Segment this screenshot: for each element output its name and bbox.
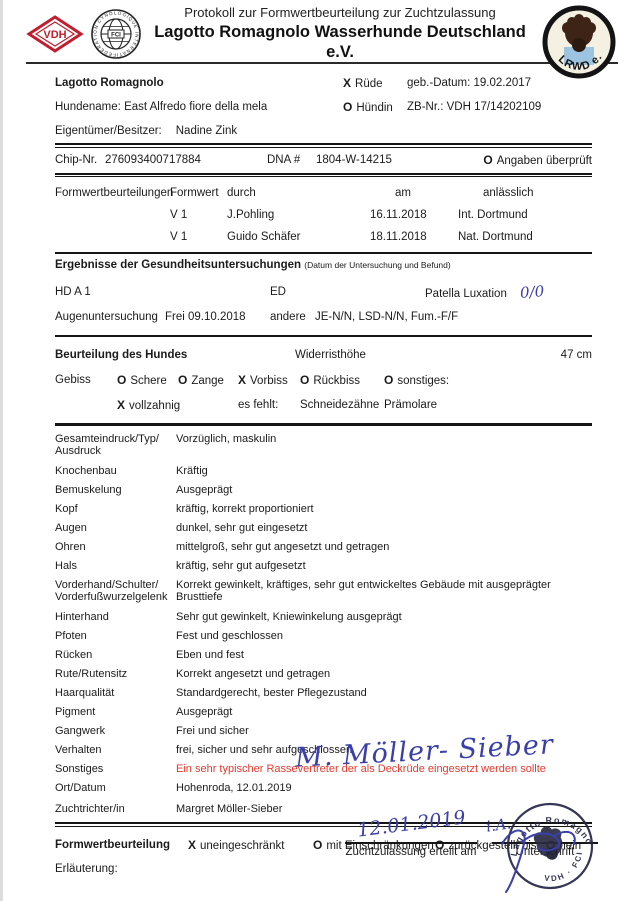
bite-option-zange: OZange xyxy=(178,373,238,387)
attr-row: RückenEben und fest xyxy=(55,649,592,661)
owner-row: Eigentümer/Besitzer: Nadine Zink xyxy=(55,119,592,143)
dna-value: 1804-W-14215 xyxy=(316,154,456,166)
health-row: HD A 1 ED Patella Luxation 0/0 xyxy=(55,279,592,305)
dog-info-section: Lagotto Romagnolo XRüde geb.-Datum: 19.0… xyxy=(55,64,592,143)
sex-male-checkbox: X xyxy=(343,76,351,90)
health-row: Augenuntersuchung Frei 09.10.2018 andere… xyxy=(55,305,592,329)
checkbox: O xyxy=(178,373,187,387)
patella-handwritten-value: 0/0 xyxy=(519,282,544,302)
sex-male-label: Rüde xyxy=(355,78,383,90)
chip-label: Chip-Nr. xyxy=(55,154,105,166)
option-label: Vorbiss xyxy=(250,375,288,387)
birth-value: 19.02.2017 xyxy=(473,77,531,89)
attr-value: kräftig, korrekt proportioniert xyxy=(176,503,592,515)
attr-label: Gangwerk xyxy=(55,725,176,737)
bite-label: Gebiss xyxy=(55,374,117,386)
col-header: am xyxy=(370,187,458,199)
bite-row: Gebiss OSchere OZange XVorbiss ORückbiss… xyxy=(55,367,592,392)
sex-female-checkbox: O xyxy=(343,100,352,114)
teeth-full-option: Xvollzahnig xyxy=(117,398,238,412)
chip-value: 276093400717884 xyxy=(105,154,267,166)
other-tests-label: andere xyxy=(270,311,315,323)
attr-value: Kräftig xyxy=(176,465,592,477)
missing-teeth-label: es fehlt: xyxy=(238,399,300,411)
checkbox: O xyxy=(313,838,322,852)
name-row: Hundename: East Alfredo fiore della mela… xyxy=(55,95,592,119)
checkbox: X xyxy=(117,398,125,412)
birth-label: geb.-Datum: xyxy=(407,77,470,89)
sex-male-option: XRüde xyxy=(343,76,407,90)
attr-label: Gesamteindruck/Typ/ Ausdruck xyxy=(55,433,176,457)
breed-name: Lagotto Romagnolo xyxy=(55,77,343,89)
ratings-header-row: Formwertbeurteilungen Formwert durch am … xyxy=(55,182,592,204)
attr-label: Pigment xyxy=(55,706,176,718)
zb-value: VDH 17/14202109 xyxy=(447,101,542,113)
rating-date: 18.11.2018 xyxy=(370,231,458,243)
dog-name-label: Hundename: xyxy=(55,101,121,113)
svg-text:FCI: FCI xyxy=(111,33,121,39)
eye-exam-value: Frei 09.10.2018 xyxy=(165,311,270,323)
breed-row: Lagotto Romagnolo XRüde geb.-Datum: 19.0… xyxy=(55,71,592,95)
granted-date-label: Zuchtzulassung erteilt am xyxy=(345,846,477,858)
attr-label: Augen xyxy=(55,522,176,534)
sex-female-option: OHündin xyxy=(343,100,407,114)
checkbox: O xyxy=(300,373,309,387)
checkbox: X xyxy=(238,373,246,387)
verified-option: OAngaben überprüft xyxy=(456,153,592,167)
attr-row: HaarqualitätStandardgerecht, bester Pfle… xyxy=(55,687,592,699)
attr-row: Ohrenmittelgroß, sehr gut angesetzt und … xyxy=(55,541,592,553)
header: VDH FEDERATION CYNOLOGIQUE INTERNATIONAL… xyxy=(26,0,618,64)
lrwd-club-logo-icon: LRWD e.V. xyxy=(542,5,616,79)
assessment-section: Beurteilung des Hundes Widerristhöhe 47 … xyxy=(55,337,592,423)
attr-label: Hals xyxy=(55,560,176,572)
rating-row: V 1 J.Pohling 16.11.2018 Int. Dortmund xyxy=(55,204,592,226)
granted-date-block: 12.01.2019 Zuchtzulassung erteilt am xyxy=(345,810,477,858)
option-label: uneingeschränkt xyxy=(200,840,284,852)
rating-event: Nat. Dortmund xyxy=(458,231,592,243)
attr-value: Eben und fest xyxy=(176,649,592,661)
zb-label: ZB-Nr.: xyxy=(407,101,443,113)
attr-value: dunkel, sehr gut eingesetzt xyxy=(176,522,592,534)
eye-exam-label: Augenuntersuchung xyxy=(55,311,165,323)
owner-label: Eigentümer/Besitzer: xyxy=(55,125,162,137)
option-label: Rückbiss xyxy=(313,375,360,387)
missing-premolars-label: Prämolare xyxy=(384,399,592,411)
withers-value: 47 cm xyxy=(561,349,592,361)
attr-value: Korrekt angesetzt und getragen xyxy=(176,668,592,680)
granted-date-handwritten: 12.01.2019 xyxy=(356,806,467,841)
attr-value: Standardgerecht, bester Pflegezustand xyxy=(176,687,592,699)
attr-label: Ort/Datum xyxy=(55,782,176,794)
patella-label: Patella Luxation xyxy=(425,288,507,300)
option-label: vollzahnig xyxy=(129,400,180,412)
studbook-number: ZB-Nr.: VDH 17/14202109 xyxy=(407,101,592,113)
verified-label: Angaben überprüft xyxy=(497,155,592,167)
attr-label: Verhalten xyxy=(55,744,176,756)
attr-label: Sonstiges xyxy=(55,763,176,775)
col-header: anlässlich xyxy=(458,187,592,199)
attr-value: Fest und geschlossen xyxy=(176,630,592,642)
ed-label: ED xyxy=(270,286,425,298)
rating-date: 16.11.2018 xyxy=(370,209,458,221)
bite-option-sonstiges: Osonstiges: xyxy=(384,373,592,387)
bite-option-vorbiss: XVorbiss xyxy=(238,373,300,387)
attr-label: Haarqualität xyxy=(55,687,176,699)
handwritten-initials: i.A. xyxy=(486,816,511,835)
health-section: Ergebnisse der Gesundheitsuntersuchungen… xyxy=(55,254,592,335)
col-header: durch xyxy=(227,187,370,199)
ratings-table: Formwertbeurteilungen Formwert durch am … xyxy=(55,177,592,252)
option-label: sonstiges: xyxy=(397,375,449,387)
health-title-note: (Datum der Untersuchung und Befund) xyxy=(304,260,450,270)
form-subtitle: Protokoll zur Formwertbeurteilung zur Zu… xyxy=(142,5,538,21)
attr-row: Vorderhand/Schulter/ Vorderfußwurzelgele… xyxy=(55,579,592,603)
attr-label: Ohren xyxy=(55,541,176,553)
attr-value: kräftig, sehr gut aufgesetzt xyxy=(176,560,592,572)
attr-row: Gesamteindruck/Typ/ AusdruckVorzüglich, … xyxy=(55,433,592,457)
svg-text:VDH: VDH xyxy=(43,29,66,41)
attr-row: PigmentAusgeprägt xyxy=(55,706,592,718)
attr-row: PfotenFest und geschlossen xyxy=(55,630,592,642)
attr-row: Halskräftig, sehr gut aufgesetzt xyxy=(55,560,592,572)
final-option-uneingeschraenkt: Xuneingeschränkt xyxy=(188,838,313,852)
rating-judge: J.Pohling xyxy=(227,209,370,221)
rating-row: V 1 Guido Schäfer 18.11.2018 Nat. Dortmu… xyxy=(55,226,592,248)
final-title: Formwertbeurteilung xyxy=(55,839,188,851)
attr-label: Zuchtrichter/in xyxy=(55,803,176,815)
patella-result: Patella Luxation 0/0 xyxy=(425,283,544,301)
attr-row: HinterhandSehr gut gewinkelt, Kniewinkel… xyxy=(55,611,592,623)
attr-value: Vorzüglich, maskulin xyxy=(176,433,592,445)
col-header: Formwert xyxy=(170,187,227,199)
attr-value: Korrekt gewinkelt, kräftiges, sehr gut e… xyxy=(176,579,592,603)
signature-scribble-icon xyxy=(494,814,584,894)
attr-value: Ausgeprägt xyxy=(176,706,592,718)
attr-row: BemuskelungAusgeprägt xyxy=(55,484,592,496)
attr-label: Rute/Rutensitz xyxy=(55,668,176,680)
attr-value: Sehr gut gewinkelt, Kniewinkelung ausgep… xyxy=(176,611,592,623)
sex-female-label: Hündin xyxy=(356,102,392,114)
attr-row: Kopfkräftig, korrekt proportioniert xyxy=(55,503,592,515)
verified-checkbox: O xyxy=(483,153,492,167)
rating-grade: V 1 xyxy=(170,209,227,221)
checkbox: O xyxy=(117,373,126,387)
vdh-logo-icon: VDH xyxy=(26,14,84,54)
hd-result: HD A 1 xyxy=(55,286,270,298)
teeth-row: Xvollzahnig es fehlt: Schneidezähne Präm… xyxy=(55,392,592,417)
chip-row: Chip-Nr. 276093400717884 DNA # 1804-W-14… xyxy=(55,148,592,173)
attr-row: KnochenbauKräftig xyxy=(55,465,592,477)
attr-value: Ausgeprägt xyxy=(176,484,592,496)
attr-label: Kopf xyxy=(55,503,176,515)
health-title: Ergebnisse der Gesundheitsuntersuchungen xyxy=(55,259,301,271)
attr-row: Augendunkel, sehr gut eingesetzt xyxy=(55,522,592,534)
owner-value: Nadine Zink xyxy=(176,125,237,137)
bite-option-schere: OSchere xyxy=(117,373,178,387)
attr-row: Rute/RutensitzKorrekt angesetzt und getr… xyxy=(55,668,592,680)
checkbox: X xyxy=(188,838,196,852)
attr-label: Vorderhand/Schulter/ Vorderfußwurzelgele… xyxy=(55,579,176,603)
bite-option-rueckbiss: ORückbiss xyxy=(300,373,384,387)
attr-value: Hohenroda, 12.01.2019 xyxy=(176,782,592,794)
missing-incisors-label: Schneidezähne xyxy=(300,399,384,411)
attr-label: Pfoten xyxy=(55,630,176,642)
dog-name-value: East Alfredo fiore della mela xyxy=(124,101,267,113)
attr-value: mittelgroß, sehr gut angesetzt und getra… xyxy=(176,541,592,553)
option-label: Zange xyxy=(191,375,224,387)
checkbox: O xyxy=(384,373,393,387)
option-label: Schere xyxy=(130,375,166,387)
col-header: Formwertbeurteilungen xyxy=(55,187,170,199)
attr-label: Hinterhand xyxy=(55,611,176,623)
club-title: Lagotto Romagnolo Wasserhunde Deutschlan… xyxy=(142,22,538,63)
withers-label: Widerristhöhe xyxy=(295,349,561,361)
attr-label: Bemuskelung xyxy=(55,484,176,496)
rating-judge: Guido Schäfer xyxy=(227,231,370,243)
rating-grade: V 1 xyxy=(170,231,227,243)
other-tests-value: JE-N/N, LSD-N/N, Fum.-F/F xyxy=(315,311,592,323)
attr-label: Knochenbau xyxy=(55,465,176,477)
assessment-title: Beurteilung des Hundes xyxy=(55,349,295,361)
form-page: VDH FEDERATION CYNOLOGIQUE INTERNATIONAL… xyxy=(0,0,636,901)
attr-label: Rücken xyxy=(55,649,176,661)
attr-row-ort-datum: Ort/DatumHohenroda, 12.01.2019 xyxy=(55,782,592,794)
rating-event: Int. Dortmund xyxy=(458,209,592,221)
dog-name: Hundename: East Alfredo fiore della mela xyxy=(55,101,343,113)
dna-label: DNA # xyxy=(267,154,316,166)
fci-logo-icon: FEDERATION CYNOLOGIQUE INTERNATIONALE FC… xyxy=(90,8,142,60)
